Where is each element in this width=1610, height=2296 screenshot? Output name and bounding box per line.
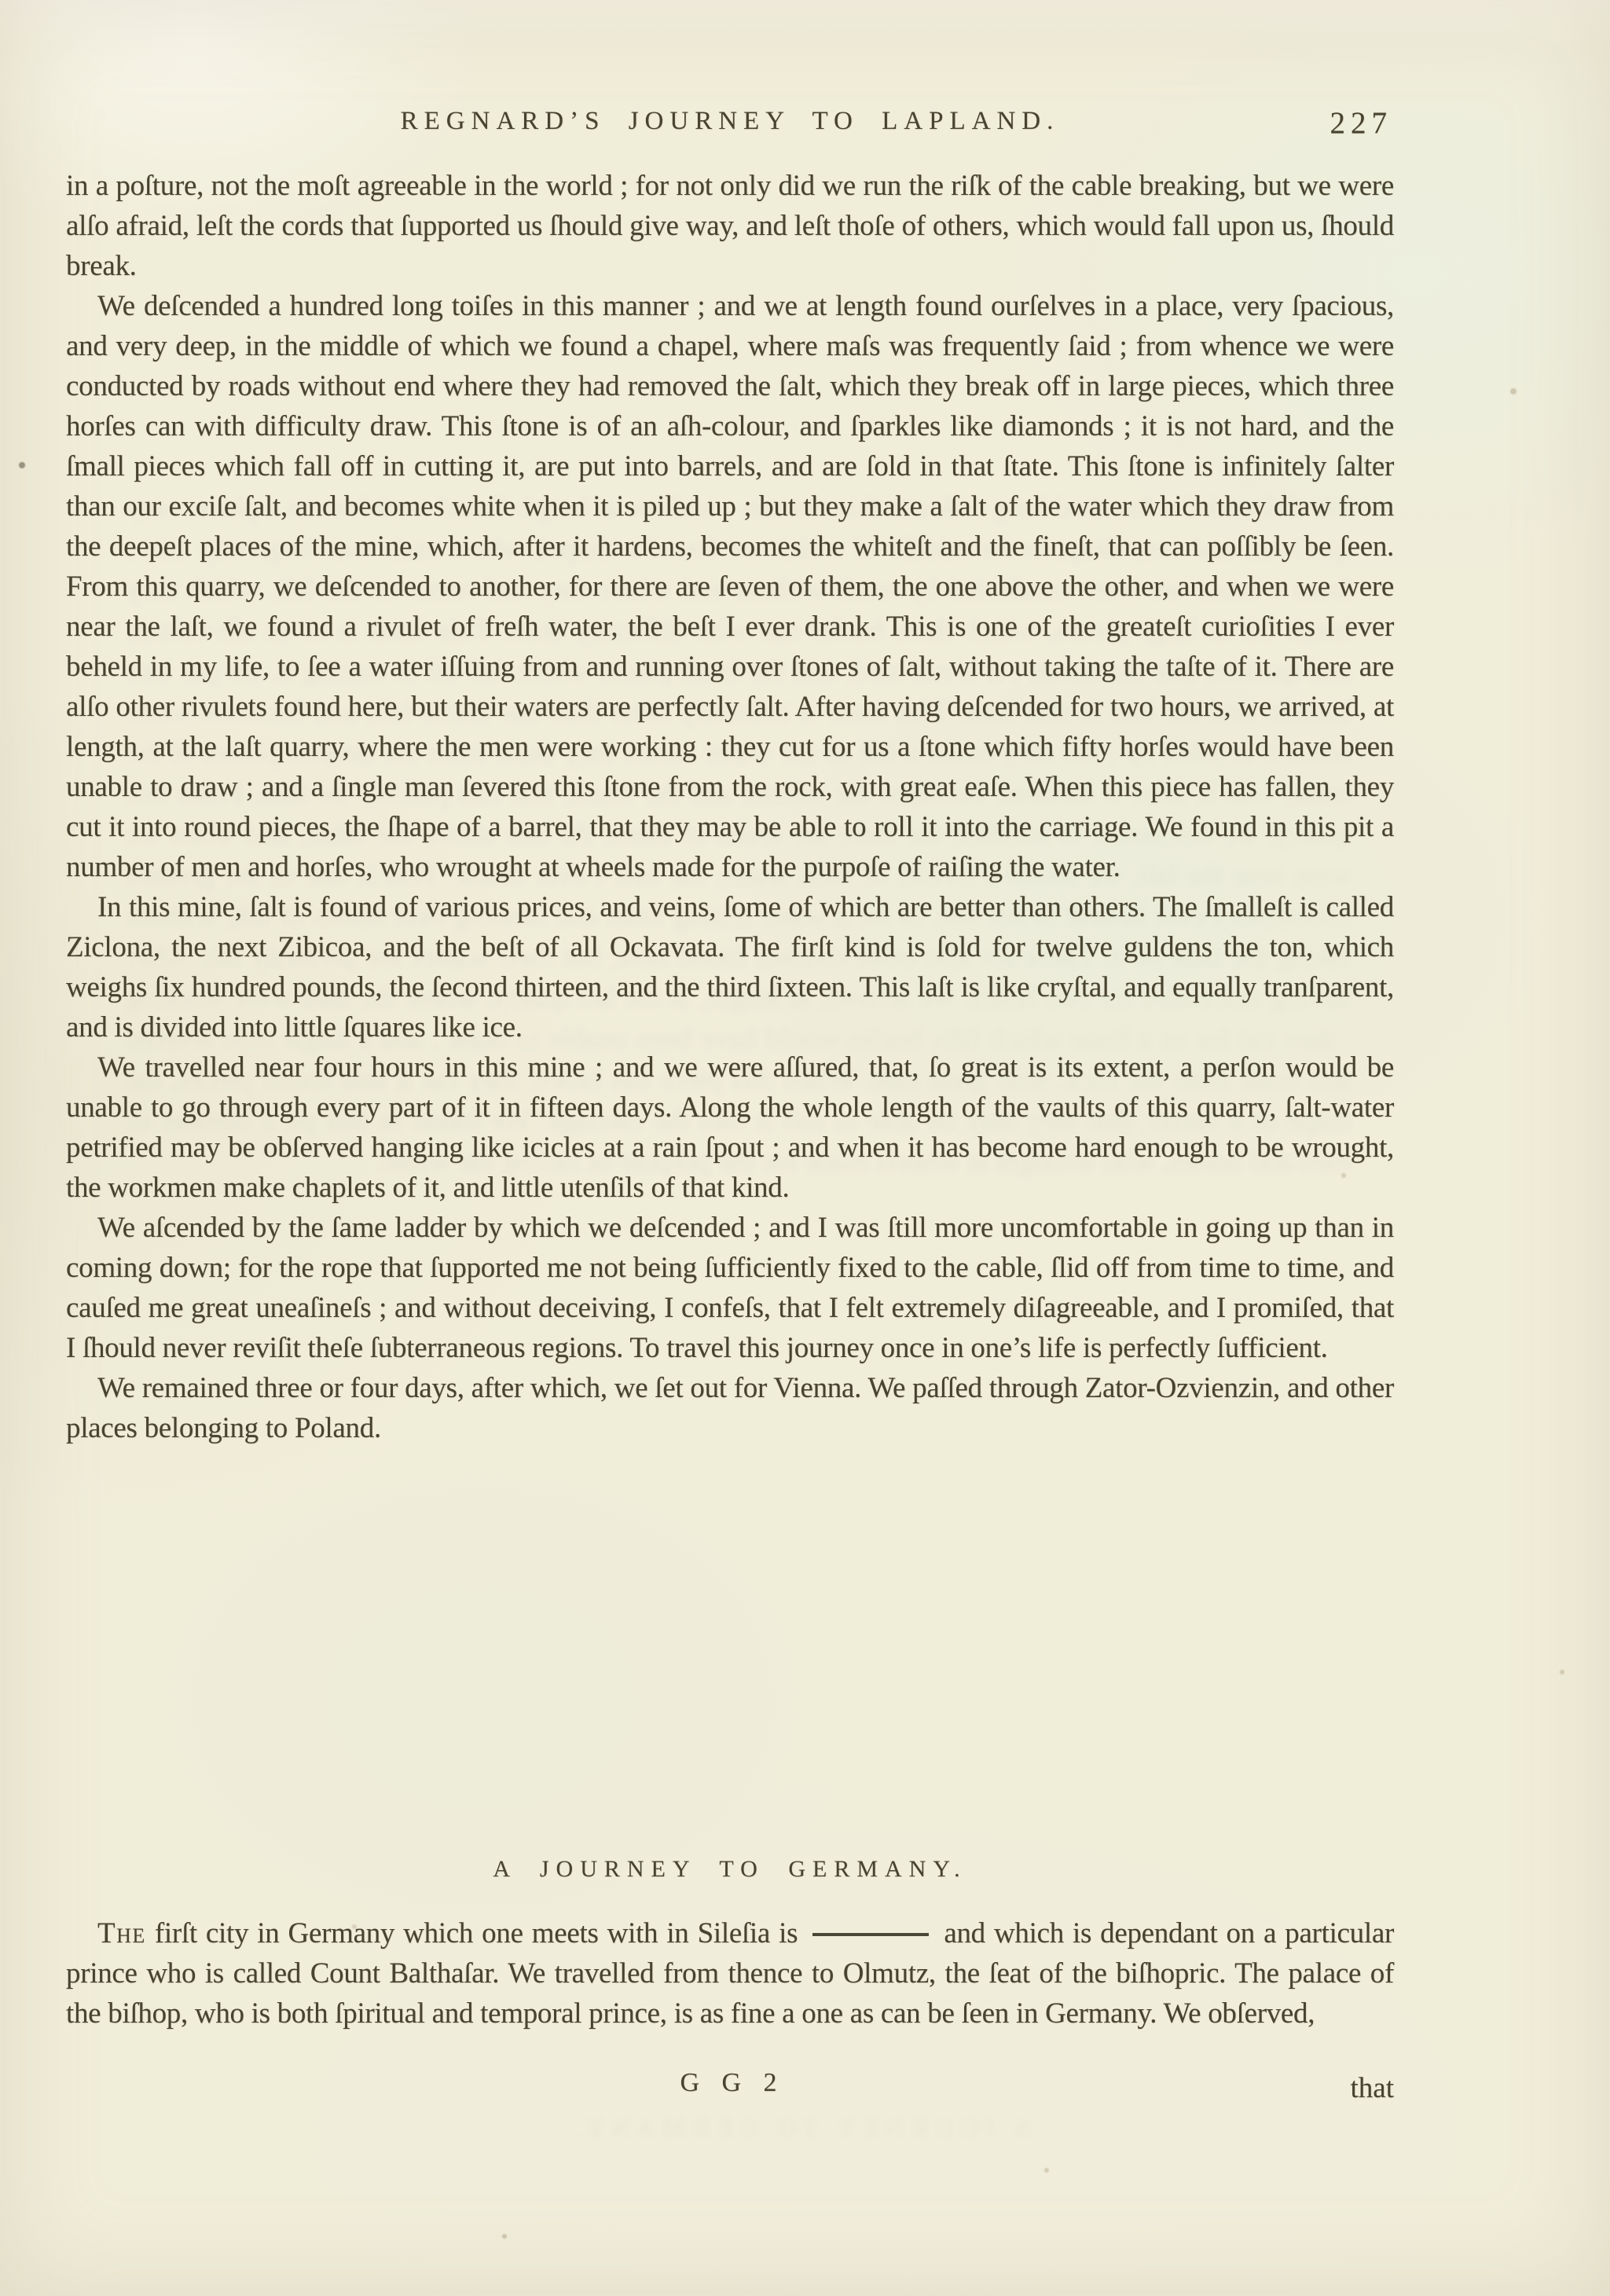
catchword: that <box>66 2071 1394 2105</box>
showthrough-smudge: A JOURNEY TO GERMANY. <box>330 2114 1273 2144</box>
running-head: REGNARD’S JOURNEY TO LAPLAND. 227 <box>66 107 1394 148</box>
body-paragraph: In this mine, ſalt is found of various p… <box>66 887 1394 1047</box>
body-paragraph: We travelled near four hours in this min… <box>66 1047 1394 1208</box>
section-paragraph: The firſt city in Germany which one meet… <box>66 1913 1394 2034</box>
body-paragraph: The firſt city in Germany which one meet… <box>66 1913 1394 2034</box>
section-heading: A JOURNEY TO GERMANY. <box>66 1856 1394 1883</box>
page-number: 227 <box>1330 105 1393 141</box>
paragraph-text: firſt city in Germany which one meets wi… <box>146 1917 807 1949</box>
body-paragraph: in a poſture, not the moſt agreeable in … <box>66 166 1394 286</box>
page-title: REGNARD’S JOURNEY TO LAPLAND. <box>66 107 1394 136</box>
body-paragraph: We deſcended a hundred long toiſes in th… <box>66 286 1394 887</box>
lead-word: The <box>97 1917 146 1949</box>
book-page-scan: We deſcended a hundred long toiſes in th… <box>0 0 1610 2296</box>
body-paragraph: We aſcended by the ſame ladder by which … <box>66 1208 1394 1368</box>
body-text: in a poſture, not the moſt agreeable in … <box>66 166 1394 1448</box>
blank-rule <box>812 1933 929 1936</box>
body-paragraph: We remained three or four days, after wh… <box>66 1368 1394 1448</box>
